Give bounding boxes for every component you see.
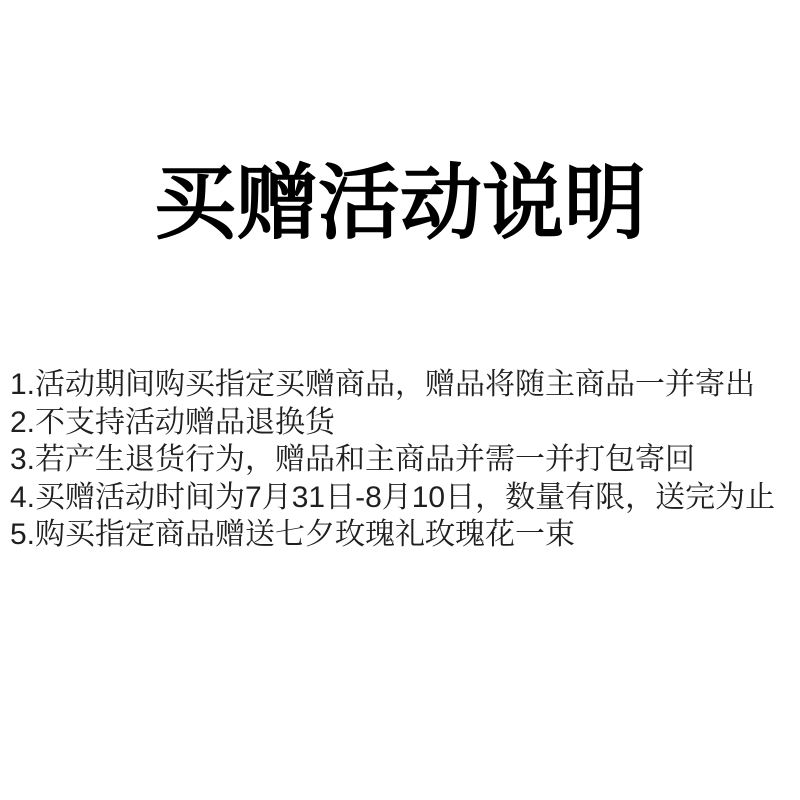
- rule-line-4: 4.买赠活动时间为7月31日-8月10日，数量有限，送完为止: [10, 479, 794, 517]
- page-title: 买赠活动说明: [0, 152, 800, 256]
- rules-list: 1.活动期间购买指定买赠商品，赠品将随主商品一并寄出 2.不支持活动赠品退换货 …: [10, 366, 794, 554]
- rule-line-5: 5.购买指定商品赠送七夕玫瑰礼玫瑰花一束: [10, 516, 794, 554]
- rule-line-1: 1.活动期间购买指定买赠商品，赠品将随主商品一并寄出: [10, 366, 794, 404]
- promo-notice-page: 买赠活动说明 1.活动期间购买指定买赠商品，赠品将随主商品一并寄出 2.不支持活…: [0, 0, 800, 800]
- rule-line-3: 3.若产生退货行为，赠品和主商品并需一并打包寄回: [10, 441, 794, 479]
- rule-line-2: 2.不支持活动赠品退换货: [10, 404, 794, 442]
